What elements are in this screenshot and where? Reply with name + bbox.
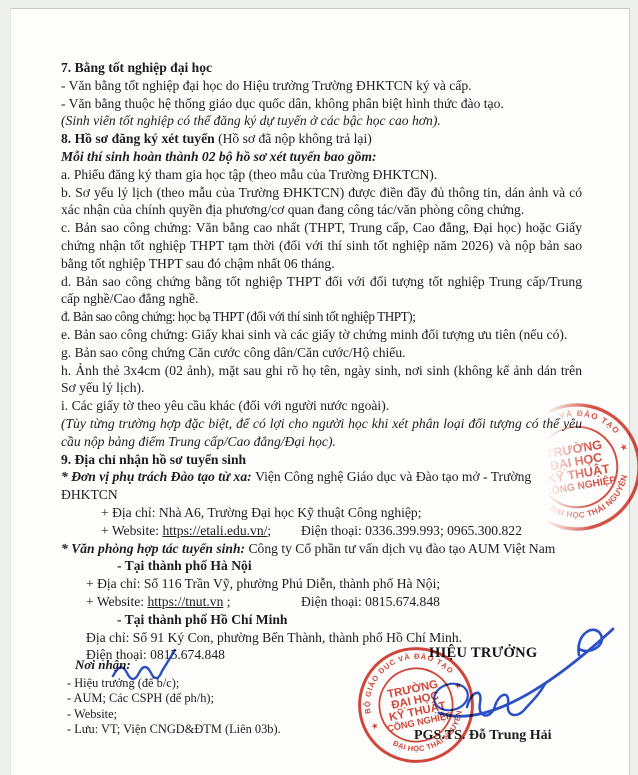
text-run: ; — [267, 523, 271, 538]
text-run: i. Các giấy tờ theo yêu cầu khác (đối vớ… — [61, 398, 389, 413]
text-run: 7. Bằng tốt nghiệp đại học — [61, 60, 212, 75]
doc-line: - Văn bằng tốt nghiệp đại học do Hiệu tr… — [61, 77, 582, 95]
document-body: 7. Bằng tốt nghiệp đại học- Văn bằng tốt… — [61, 59, 582, 664]
signer-title: HIỆU TRƯỞNG — [429, 645, 537, 662]
text-run: g. Bản sao công chứng Căn cước công dân/… — [61, 345, 406, 360]
text-run: Điện thoại: 0815.674.848 — [301, 594, 440, 609]
doc-line: * Văn phòng hợp tác tuyển sinh: Công ty … — [61, 540, 582, 558]
star-icon: ★ — [525, 482, 537, 495]
doc-line: d. Bản sao công chứng bằng tốt nghiệp TH… — [61, 273, 582, 309]
doc-line: * Đơn vị phụ trách Đào tạo từ xa: Viện C… — [61, 468, 582, 504]
initial-signature — [109, 646, 185, 686]
doc-line: e. Bản sao công chứng: Giấy khai sinh và… — [61, 326, 582, 344]
doc-line: b. Sơ yếu lý lịch (theo mẫu của Trường Đ… — [61, 184, 582, 220]
text-run: (Sinh viên tốt nghiệp có thể đăng ký dự … — [61, 113, 441, 128]
text-run: e. Bản sao công chứng: Giấy khai sinh và… — [61, 327, 567, 342]
website-cell: + Website: https://tnut.vn ; — [86, 593, 301, 611]
doc-line: + Website: https://etali.edu.vn/;Điện th… — [61, 522, 582, 540]
doc-line: đ. Bản sao công chứng: học bạ THPT (đối … — [61, 308, 582, 326]
text-run: * Đơn vị phụ trách Đào tạo từ xa: — [61, 469, 255, 484]
text-run: d. Bản sao công chứng bằng tốt nghiệp TH… — [61, 274, 582, 307]
signer-name: PGS.TS. Đỗ Trung Hải — [414, 728, 552, 744]
doc-line: - Tại thành phố Hà Nội — [61, 557, 582, 575]
text-run: - Văn bằng tốt nghiệp đại học do Hiệu tr… — [61, 78, 472, 93]
doc-line: a. Phiếu đăng ký tham gia học tập (theo … — [61, 166, 582, 184]
text-run: Điện thoại: 0336.399.993; 0965.300.822 — [301, 523, 522, 538]
text-run: h. Ảnh thẻ 3x4cm (02 ảnh), mặt sau ghi r… — [61, 363, 582, 396]
doc-line: g. Bản sao công chứng Căn cước công dân/… — [61, 344, 582, 362]
text-run: b. Sơ yếu lý lịch (theo mẫu của Trường Đ… — [61, 185, 582, 218]
website-cell: + Website: https://etali.edu.vn/; — [101, 522, 301, 540]
rector-signature — [429, 621, 619, 739]
text-run: * Văn phòng hợp tác tuyển sinh: — [61, 541, 248, 556]
doc-line: + Website: https://tnut.vn ;Điện thoại: … — [61, 593, 582, 611]
text-run: - Văn bằng thuộc hệ thống giáo dục quốc … — [61, 96, 504, 111]
text-run: a. Phiếu đăng ký tham gia học tập (theo … — [61, 167, 437, 182]
section-8-heading: 8. Hồ sơ đăng ký xét tuyển (Hồ sơ đã nộp… — [61, 130, 582, 148]
doc-line: Mỗi thí sinh hoàn thành 02 bộ hồ sơ xét … — [61, 148, 582, 166]
text-run: 8. Hồ sơ đăng ký xét tuyển — [61, 131, 215, 146]
text-run: ; — [223, 594, 230, 609]
text-run: Công ty Cổ phần tư vấn dịch vụ đào tạo A… — [248, 541, 555, 556]
text-run: - Tại thành phố Hà Nội — [117, 558, 252, 573]
doc-line: + Địa chỉ: Nhà A6, Trường Đại học Kỹ thu… — [61, 504, 582, 522]
star-icon: ★ — [618, 441, 630, 454]
noi-nhan-item: - Lưu: VT; Viện CNGD&ĐTM (Liên 03b). — [67, 722, 281, 737]
partial-seal-stamp: BỘ GIÁO DỤC VÀ ĐÀO TẠO ĐẠI HỌC THÁI NGUY… — [501, 391, 638, 544]
star-icon: ★ — [369, 720, 380, 732]
text-run: đ. Bản sao công chứng: học bạ THPT (đối … — [61, 309, 415, 324]
doc-line: - Văn bằng thuộc hệ thống giáo dục quốc … — [61, 95, 582, 113]
text-run: + Địa chỉ: Số 116 Trần Vỹ, phường Phú Di… — [86, 576, 440, 591]
text-run: c. Bản sao công chứng: Văn bằng cao nhất… — [61, 220, 582, 271]
doc-line: c. Bản sao công chứng: Văn bằng cao nhất… — [61, 219, 582, 272]
seal-graphic: BỘ GIÁO DỤC VÀ ĐÀO TẠO ĐẠI HỌC THÁI NGUY… — [501, 391, 638, 544]
text-run: (Hồ sơ đã nộp không trả lại) — [215, 131, 372, 146]
website-link[interactable]: https://tnut.vn — [147, 594, 223, 609]
text-run: - Tại thành phố Hồ Chí Minh — [117, 612, 288, 627]
text-run: 9. Địa chỉ nhận hồ sơ tuyển sinh — [61, 452, 246, 467]
noi-nhan-item: - Website; — [67, 707, 281, 722]
noi-nhan-item: - AUM; Các CSPH (để ph/h); — [67, 691, 281, 706]
scanned-document-page: 7. Bằng tốt nghiệp đại học- Văn bằng tốt… — [10, 8, 630, 775]
doc-line: h. Ảnh thẻ 3x4cm (02 ảnh), mặt sau ghi r… — [61, 362, 582, 398]
text-run: + Địa chỉ: Nhà A6, Trường Đại học Kỹ thu… — [101, 505, 422, 520]
website-link[interactable]: https://etali.edu.vn/ — [162, 523, 267, 538]
text-run: + Website: — [101, 523, 162, 538]
text-run: Mỗi thí sinh hoàn thành 02 bộ hồ sơ xét … — [61, 149, 377, 164]
doc-line: + Địa chỉ: Số 116 Trần Vỹ, phường Phú Di… — [61, 575, 582, 593]
seal-center-text: TRƯỜNG ĐẠI HỌC KỸ THUẬT CÔNG NGHIỆP — [537, 435, 618, 498]
text-run: Địa chỉ: Số 91 Ký Con, phường Bến Thành,… — [86, 630, 462, 645]
text-run: + Website: — [86, 594, 147, 609]
section-7-heading: 7. Bằng tốt nghiệp đại học — [61, 59, 582, 77]
doc-line: (Sinh viên tốt nghiệp có thể đăng ký dự … — [61, 112, 582, 130]
section-9-heading: 9. Địa chỉ nhận hồ sơ tuyển sinh — [61, 451, 582, 469]
